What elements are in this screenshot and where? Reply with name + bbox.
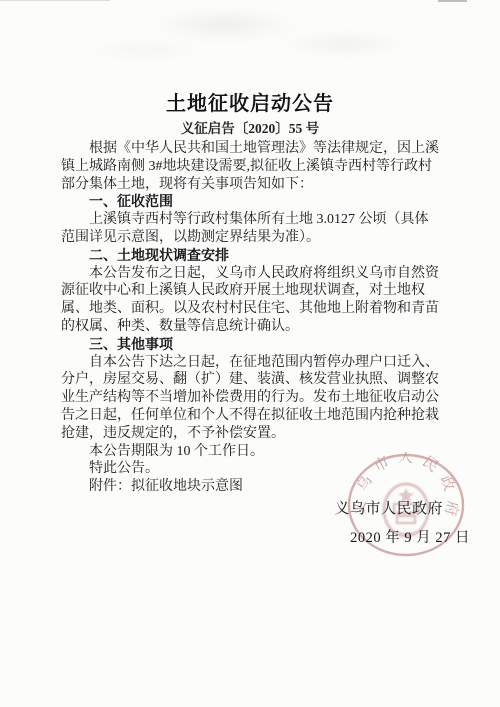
body-line: 告之日起，任何单位和个人不得在拟征收土地范围内抢种抢栽 [61,407,440,425]
body-line: 抢建，违反规定的，不予补偿安置。 [61,425,440,443]
body-line: 上溪镇寺西村等行政村集体所有土地 3.0127 公顷（具体 [61,211,440,229]
scan-smudge [90,40,200,60]
body-line: 属、地类、面积。以及农村村民住宅、其他地上附着物和青苗 [61,300,440,318]
section-heading: 二、土地现状调查安排 [61,247,440,265]
scan-smudge [150,8,300,42]
issue-date: 2020 年 9 月 27 日 [350,526,470,547]
body-line: 分户，房屋交易、翻（扩）建、装潢、核发营业执照、调整农 [61,371,440,389]
body-line: 镇上城路南侧 3#地块建设需要,拟征收上溪镇寺西村等行政村 [61,158,440,176]
body-line: 部分集体土地，现将有关事项告知如下： [61,176,440,194]
issuer-signature: 义乌市人民政府 [334,497,443,518]
body-line: 自本公告下达之日起，在征地范围内暂停办理户口迁入、 [61,354,440,372]
body-line: 范围详见示意图，以勘测定界结果为准）。 [61,229,440,247]
scan-smudge [280,32,410,56]
body-line: 根据《中华人民共和国土地管理法》等法律规定，因上溪 [61,140,440,158]
scan-artifact-line [438,0,467,2]
document-number: 义征启告〔2020〕55 号 [0,117,500,137]
document-title: 土地征收启动公告 [0,87,500,116]
body-line: 的权属、种类、数量等信息统计确认。 [61,318,440,336]
section-heading: 三、其他事项 [61,336,440,354]
section-heading: 一、征收范围 [61,193,440,211]
body-line: 业生产结构等不当增加补偿费用的行为。发布土地征收启动公 [61,389,440,407]
document-body: 根据《中华人民共和国土地管理法》等法律规定，因上溪 镇上城路南侧 3#地块建设需… [61,140,440,496]
body-line: 本公告发布之日起，义乌市人民政府将组织义乌市自然资 [61,265,440,283]
scanned-announcement-page: 土地征收启动公告 义征启告〔2020〕55 号 根据《中华人民共和国土地管理法》… [0,0,500,707]
body-line: 源征收中心和上溪镇人民政府开展土地现状调查，对土地权 [61,282,440,300]
scan-artifact-line [0,0,110,1]
